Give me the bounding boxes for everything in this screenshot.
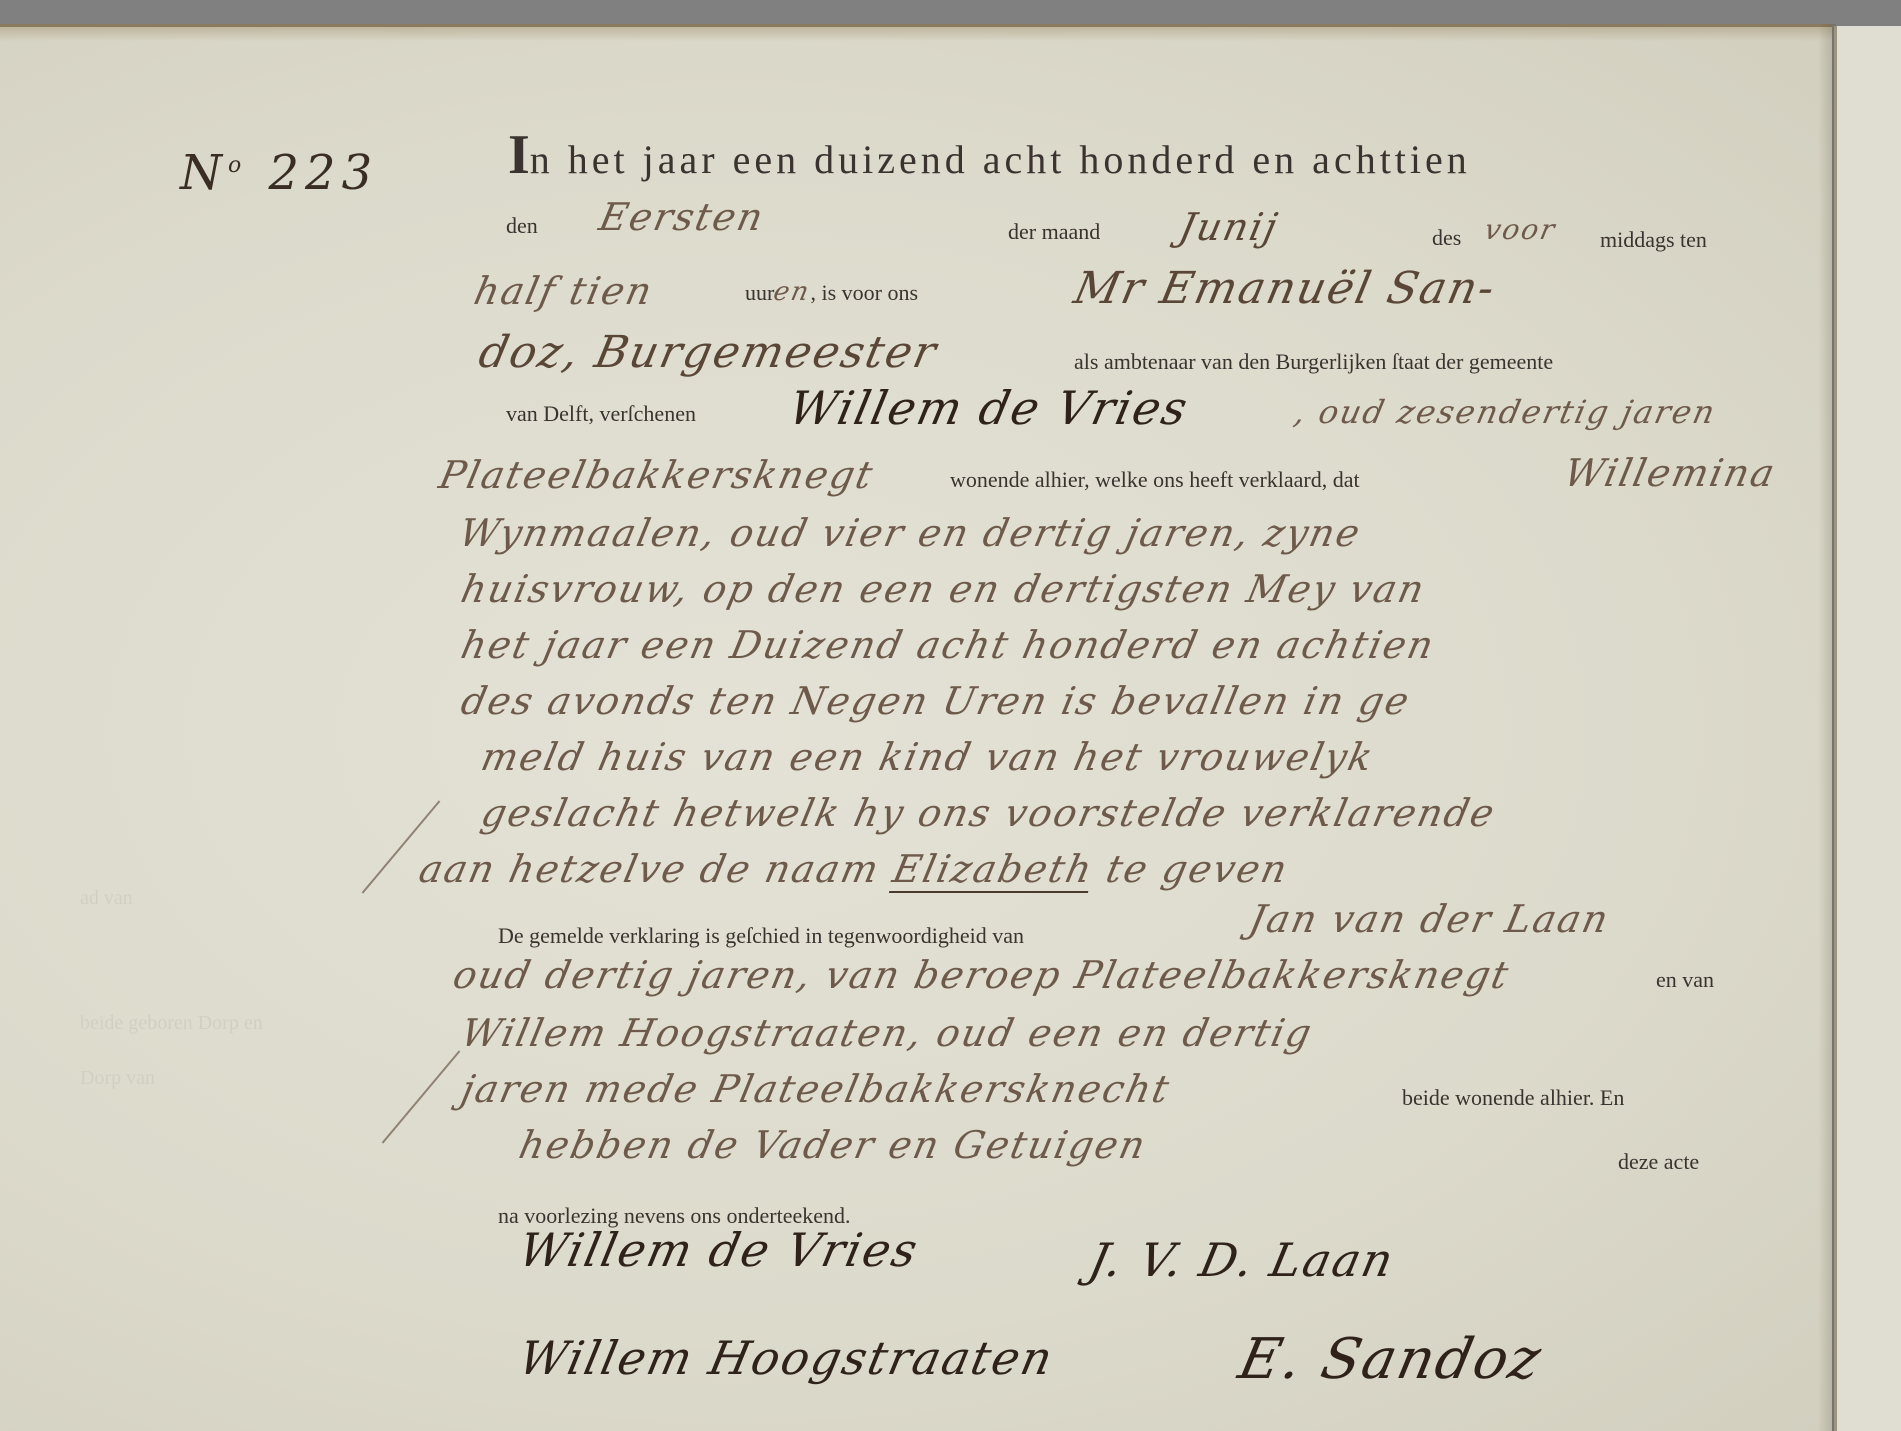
printed-is-voor-ons: , is voor ons xyxy=(810,280,918,305)
printed-deze-acte: deze acte xyxy=(1618,1149,1699,1175)
handwritten-line-wife: huisvrouw, op den een en dertigsten Mey … xyxy=(457,567,1429,611)
handwritten-witness2-line: jaren mede Plateelbakkersknecht xyxy=(457,1067,1174,1111)
name-prefix: aan hetzelve de naam xyxy=(415,847,884,891)
signature-witness2: Willem Hoogstraaten xyxy=(514,1331,1059,1385)
handwritten-declarant-age: , oud zesendertig jaren xyxy=(1291,393,1720,431)
heading-line: In het jaar een duizend acht honderd en … xyxy=(508,123,1471,187)
printed-als-ambtenaar: als ambtenaar van den Burgerlijken ſtaat… xyxy=(1074,349,1553,375)
margin-flourish xyxy=(382,1050,461,1143)
printed-middags-ten: middags ten xyxy=(1600,227,1707,253)
register-page: ad van beide geboren Dorp en Dorp van No… xyxy=(0,24,1832,1431)
handwritten-month: Junij xyxy=(1175,205,1282,249)
entry-number: No 223 xyxy=(180,145,378,201)
heading-text: n het jaar een duizend acht honderd en a… xyxy=(530,137,1471,182)
handwritten-closing: hebben de Vader en Getuigen xyxy=(515,1123,1151,1167)
name-suffix: te geven xyxy=(1102,847,1292,891)
printed-des: des xyxy=(1432,225,1461,251)
signature-official: E. Sandoz xyxy=(1233,1327,1548,1392)
printed-en-van: en van xyxy=(1656,967,1714,993)
handwritten-declarant: Willem de Vries xyxy=(784,381,1194,435)
printed-den: den xyxy=(506,213,538,239)
bleed-through-text: Dorp van xyxy=(80,1067,155,1090)
printed-van-delft: van Delft, verſchenen xyxy=(506,401,696,427)
handwritten-line-time: des avonds ten Negen Uren is bevallen in… xyxy=(457,679,1414,723)
bleed-through-text: ad van xyxy=(80,887,133,910)
child-name: Elizabeth xyxy=(889,847,1098,893)
signature-witness1: J. V. D. Laan xyxy=(1084,1233,1400,1287)
entry-number-prefix: N xyxy=(180,145,228,201)
printed-beide-wonende: beide wonende alhier. En xyxy=(1402,1085,1624,1111)
handwritten-mother-first: Willemina xyxy=(1560,451,1780,495)
handwritten-witness1-line: oud dertig jaren, van beroep Plateelbakk… xyxy=(449,953,1514,997)
handwritten-line-sex: geslacht hetwelk hy ons voorstelde verkl… xyxy=(477,791,1500,835)
handwritten-occupation: Plateelbakkersknegt xyxy=(435,453,878,497)
entry-number-sup: o xyxy=(228,153,247,178)
printed-der-maand: der maand xyxy=(1008,219,1100,245)
printed-gemelde: De gemelde verklaring is geſchied in teg… xyxy=(498,923,1024,949)
printed-uur: uur xyxy=(745,280,774,305)
bleed-through-text: beide geboren Dorp en xyxy=(80,1012,263,1035)
handwritten-day: Eersten xyxy=(595,195,768,239)
handwritten-line-name: aan hetzelve de naam Elizabeth te geven xyxy=(415,847,1292,891)
handwritten-line-year: het jaar een Duizend acht honderd en ach… xyxy=(457,623,1439,667)
handwritten-part-of-day: voor xyxy=(1481,213,1559,246)
handwritten-hour: half tien xyxy=(470,269,657,313)
handwritten-witness2: Willem Hoogstraaten, oud een en dertig xyxy=(457,1011,1317,1055)
declarant-name: Willem de Vries xyxy=(784,381,1194,435)
entry-number-value: 223 xyxy=(269,145,379,201)
handwritten-official: Mr Emanuël San- xyxy=(1070,263,1501,314)
adjacent-page-edge xyxy=(1834,26,1901,1431)
handwritten-line-mother: Wynmaalen, oud vier en dertig jaren, zyn… xyxy=(455,511,1365,555)
handwritten-line-house: meld huis van een kind van het vrouwelyk xyxy=(477,735,1378,779)
handwritten-witness1: Jan van der Laan xyxy=(1245,897,1614,941)
printed-wonende: wonende alhier, welke ons heeft verklaar… xyxy=(950,467,1360,493)
drop-cap: I xyxy=(508,124,530,186)
printed-uuren: uuren, is voor ons xyxy=(745,277,918,307)
handwritten-uuren-end: en xyxy=(771,277,814,307)
signature-declarant: Willem de Vries xyxy=(514,1223,924,1277)
handwritten-official-title: doz, Burgemeester xyxy=(475,327,943,378)
